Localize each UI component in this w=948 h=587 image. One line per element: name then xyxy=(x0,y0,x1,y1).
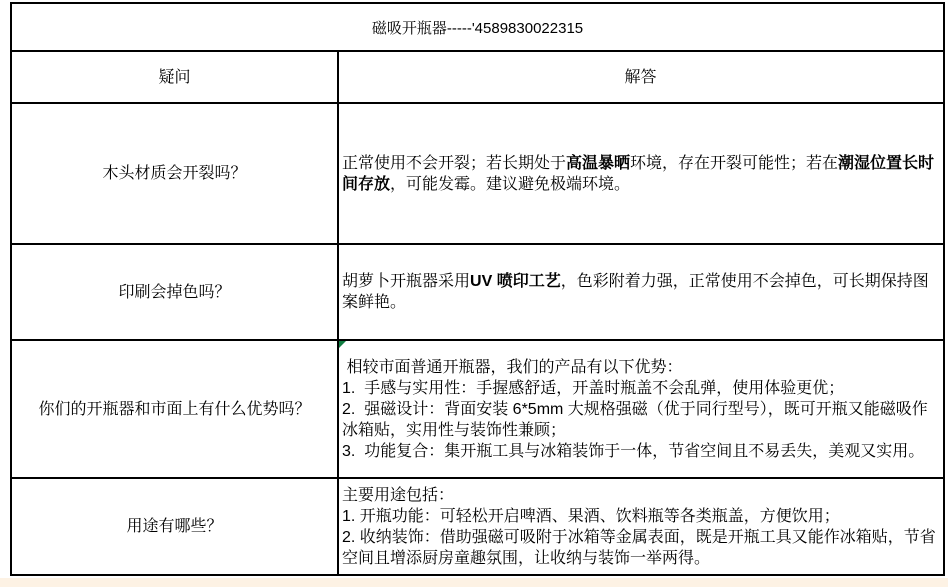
answer-text: 相较市面普通开瓶器，我们的产品有以下优势： 1. 手感与实用性：手握感舒适，开盖… xyxy=(339,355,943,464)
answer-cell: 正常使用不会开裂；若长期处于高温暴晒环境，存在开裂可能性；若在潮湿位置长时间存放… xyxy=(337,104,943,243)
question-column-header: 疑问 xyxy=(12,52,337,102)
bottom-strip xyxy=(0,578,948,587)
table-body: 木头材质会开裂吗？正常使用不会开裂；若长期处于高温暴晒环境，存在开裂可能性；若在… xyxy=(12,102,943,574)
answer-cell: 相较市面普通开瓶器，我们的产品有以下优势： 1. 手感与实用性：手握感舒适，开盖… xyxy=(337,341,943,477)
question-text: 印刷会掉色吗？ xyxy=(118,282,230,303)
answer-column-header: 解答 xyxy=(337,52,943,102)
question-cell: 你们的开瓶器和市面上有什么优势吗？ xyxy=(12,341,337,477)
answer-text: 正常使用不会开裂；若长期处于高温暴晒环境，存在开裂可能性；若在潮湿位置长时间存放… xyxy=(339,151,943,197)
table-row: 你们的开瓶器和市面上有什么优势吗？ 相较市面普通开瓶器，我们的产品有以下优势： … xyxy=(12,339,943,477)
qa-table: 磁吸开瓶器-----'4589830022315 疑问 解答 木头材质会开裂吗？… xyxy=(10,2,945,576)
table-title-row: 磁吸开瓶器-----'4589830022315 xyxy=(12,4,943,50)
answer-text: 胡萝卜开瓶器采用UV 喷印工艺，色彩附着力强，正常使用不会掉色，可长期保持图案鲜… xyxy=(339,269,943,315)
question-cell: 木头材质会开裂吗？ xyxy=(12,104,337,243)
answer-cell: 胡萝卜开瓶器采用UV 喷印工艺，色彩附着力强，正常使用不会掉色，可长期保持图案鲜… xyxy=(337,245,943,339)
table-title: 磁吸开瓶器-----'4589830022315 xyxy=(372,17,583,38)
question-cell: 用途有哪些？ xyxy=(12,479,337,574)
question-cell: 印刷会掉色吗？ xyxy=(12,245,337,339)
answer-text: 主要用途包括： 1. 开瓶功能：可轻松开启啤酒、果酒、饮料瓶等各类瓶盖，方便饮用… xyxy=(339,483,943,571)
question-text: 木头材质会开裂吗？ xyxy=(102,163,246,184)
question-text: 你们的开瓶器和市面上有什么优势吗？ xyxy=(38,399,310,420)
question-text: 用途有哪些？ xyxy=(126,516,222,537)
table-row: 印刷会掉色吗？胡萝卜开瓶器采用UV 喷印工艺，色彩附着力强，正常使用不会掉色，可… xyxy=(12,243,943,339)
answer-column-header-label: 解答 xyxy=(339,65,943,90)
page: 磁吸开瓶器-----'4589830022315 疑问 解答 木头材质会开裂吗？… xyxy=(0,0,948,587)
table-row: 用途有哪些？主要用途包括： 1. 开瓶功能：可轻松开启啤酒、果酒、饮料瓶等各类瓶… xyxy=(12,477,943,574)
cell-corner-marker xyxy=(339,341,346,348)
answer-cell: 主要用途包括： 1. 开瓶功能：可轻松开启啤酒、果酒、饮料瓶等各类瓶盖，方便饮用… xyxy=(337,479,943,574)
table-row: 木头材质会开裂吗？正常使用不会开裂；若长期处于高温暴晒环境，存在开裂可能性；若在… xyxy=(12,102,943,243)
table-header-row: 疑问 解答 xyxy=(12,50,943,102)
